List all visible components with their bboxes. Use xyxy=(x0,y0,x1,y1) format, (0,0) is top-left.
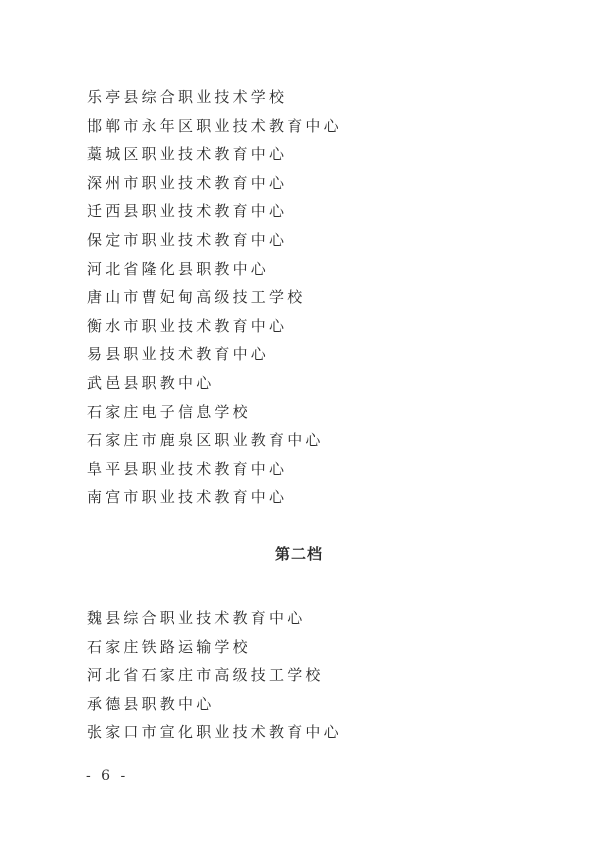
school-list-tier-2: 魏县综合职业技术教育中心 石家庄铁路运输学校 河北省石家庄市高级技工学校 承德县… xyxy=(87,604,342,747)
list-item: 藁城区职业技术教育中心 xyxy=(87,140,342,169)
list-item: 深州市职业技术教育中心 xyxy=(87,169,342,198)
list-item: 石家庄铁路运输学校 xyxy=(87,633,342,662)
list-item: 阜平县职业技术教育中心 xyxy=(87,455,342,484)
list-item: 石家庄电子信息学校 xyxy=(87,398,342,427)
list-item: 魏县综合职业技术教育中心 xyxy=(87,604,342,633)
list-item: 河北省石家庄市高级技工学校 xyxy=(87,661,342,690)
list-item: 唐山市曹妃甸高级技工学校 xyxy=(87,283,342,312)
list-item: 邯郸市永年区职业技术教育中心 xyxy=(87,112,342,141)
list-item: 武邑县职教中心 xyxy=(87,369,342,398)
school-list-tier-1: 乐亭县综合职业技术学校 邯郸市永年区职业技术教育中心 藁城区职业技术教育中心 深… xyxy=(87,83,342,512)
list-item: 保定市职业技术教育中心 xyxy=(87,226,342,255)
list-item: 石家庄市鹿泉区职业教育中心 xyxy=(87,426,342,455)
list-item: 南宫市职业技术教育中心 xyxy=(87,483,342,512)
list-item: 衡水市职业技术教育中心 xyxy=(87,312,342,341)
list-item: 易县职业技术教育中心 xyxy=(87,340,342,369)
list-item: 乐亭县综合职业技术学校 xyxy=(87,83,342,112)
list-item: 河北省隆化县职教中心 xyxy=(87,255,342,284)
section-heading-label: 第二档 xyxy=(275,545,323,563)
page-number: - 6 - xyxy=(86,768,128,784)
section-heading-tier-2: 第二档 xyxy=(0,543,600,564)
list-item: 迁西县职业技术教育中心 xyxy=(87,197,342,226)
list-item: 张家口市宣化职业技术教育中心 xyxy=(87,718,342,747)
list-item: 承德县职教中心 xyxy=(87,690,342,719)
